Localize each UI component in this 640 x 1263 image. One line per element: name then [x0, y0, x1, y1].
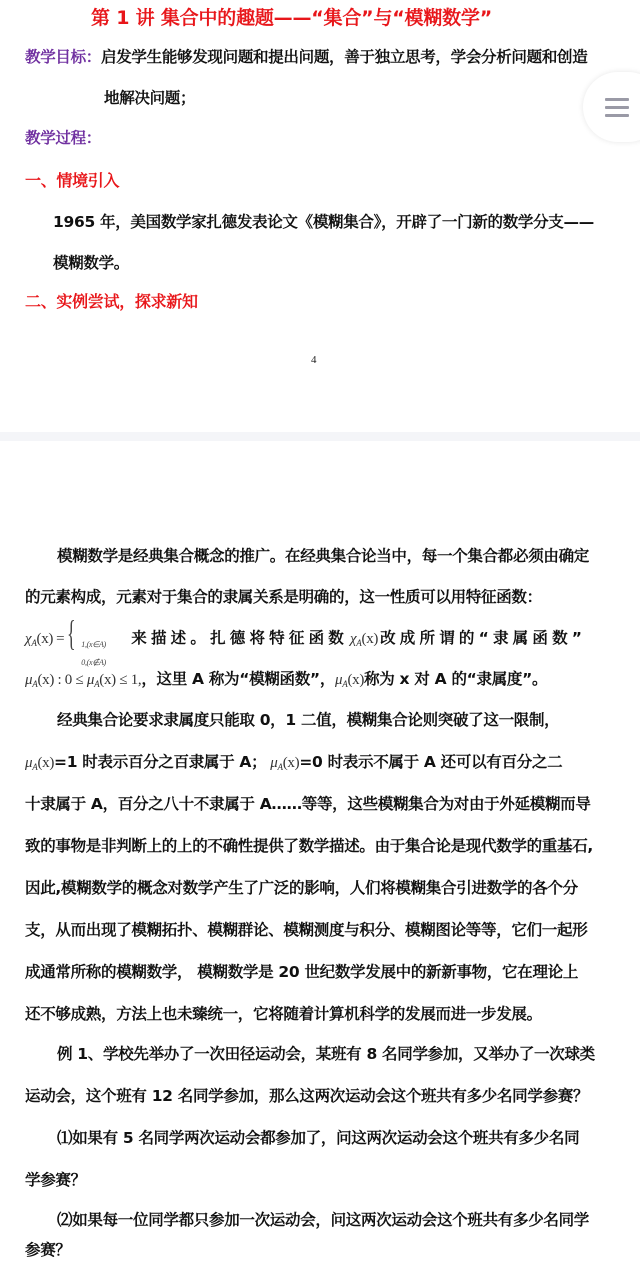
p2-line5: 因此,模糊数学的概念对数学产生了广泛的影响，人们将模糊集合引进数学的各个分 — [25, 878, 578, 898]
document-page-2: 模糊数学是经典集合概念的推广。在经典集合论当中，每一个集合都必须由确定 的元素构… — [0, 441, 640, 1263]
piecewise-cases: {1,(x∈A)0,(x∉A) — [67, 619, 131, 659]
question2-line2: 参赛？ — [25, 1240, 71, 1260]
p2-line4: 致的事物是非判断上的上的不确性提供了数学描述。由于集合论是现代数学的重基石, — [25, 836, 593, 856]
page-separator — [0, 432, 640, 441]
objective-text-continued: 地解决问题； — [104, 88, 195, 108]
question1-line1: ⑴如果有 5 名同学两次运动会都参加了，问这两次运动会这个班共有多少名同 — [57, 1128, 579, 1148]
process-label: 教学过程： — [25, 128, 101, 148]
page-number: 4 — [311, 354, 317, 366]
objective-text: 启发学生能够发现问题和提出问题，善于独立思考，学会分析问题和创造 — [101, 48, 587, 66]
p1-line1: 模糊数学是经典集合概念的推广。在经典集合论当中，每一个集合都必须由确定 — [57, 546, 589, 566]
p1-line4: μA(x) : 0 ≤ μA(x) ≤ 1,，这里 A 称为“模糊函数”，μA(… — [25, 669, 547, 694]
p1-line2: 的元素构成，元素对于集合的隶属关系是明确的，这一性质可以用特征函数： — [25, 587, 542, 607]
intro-paragraph-line2: 模糊数学。 — [53, 253, 129, 273]
p2-line8: 还不够成熟，方法上也未臻统一，它将随着计算机科学的发展而进一步发展。 — [25, 1004, 542, 1024]
intro-paragraph-line1: 1965 年，美国数学家扎德发表论文《模糊集合》，开辟了一门新的数学分支—— — [53, 212, 594, 232]
membership-range-formula: μA(x) : 0 ≤ μA(x) ≤ 1, — [25, 672, 141, 688]
p1-line3: χA(x)={1,(x∈A)0,(x∉A)来描述。扎德将特征函数χA(x)改成所… — [25, 618, 586, 658]
p2-line6: 支，从而出现了模糊拓扑、模糊群论、模糊测度与积分、模糊图论等等，它们一起形 — [25, 920, 587, 940]
p2-line2: μA(x)=1 时表示百分之百隶属于 A；μA(x)=0 时表示不属于 A 还可… — [25, 752, 562, 777]
example1-line2: 运动会，这个班有 12 名同学参加，那么这两次运动会这个班共有多少名同学参赛？ — [25, 1086, 588, 1106]
p2-line3: 十隶属于 A，百分之八十不隶属于 A……等等，这些模糊集合为对由于外延模糊而导 — [25, 794, 591, 814]
question1-line2: 学参赛？ — [25, 1170, 86, 1190]
p2-line7: 成通常所称的模糊数学， 模糊数学是 20 世纪数学发展中的新新事物，它在理论上 — [25, 962, 578, 982]
document-page-1: 第 1 讲 集合中的趣题——“集合”与“模糊数学” 教学目标：启发学生能够发现问… — [0, 0, 640, 432]
objective-label: 教学目标： — [25, 48, 101, 66]
mu-formula: μA(x) — [335, 672, 364, 688]
p2-line1: 经典集合论要求隶属度只能取 0，1 二值，模糊集合论则突破了这一限制， — [57, 710, 559, 730]
section-heading-examples: 二、实例尝试，探求新知 — [25, 292, 198, 312]
section-heading-intro: 一、情境引入 — [25, 171, 119, 191]
characteristic-function-formula: χA(x)= — [25, 631, 67, 647]
chi-formula: χA(x) — [350, 631, 378, 647]
lesson-title: 第 1 讲 集合中的趣题——“集合”与“模糊数学” — [91, 6, 492, 30]
example1-line1: 例 1、学校先举办了一次田径运动会，某班有 8 名同学参加，又举办了一次球类 — [57, 1044, 595, 1064]
question2-line1: ⑵如果每一位同学都只参加一次运动会，问这两次运动会这个班共有多少名同学 — [57, 1210, 589, 1230]
objective-row: 教学目标：启发学生能够发现问题和提出问题，善于独立思考，学会分析问题和创造 — [25, 47, 587, 67]
